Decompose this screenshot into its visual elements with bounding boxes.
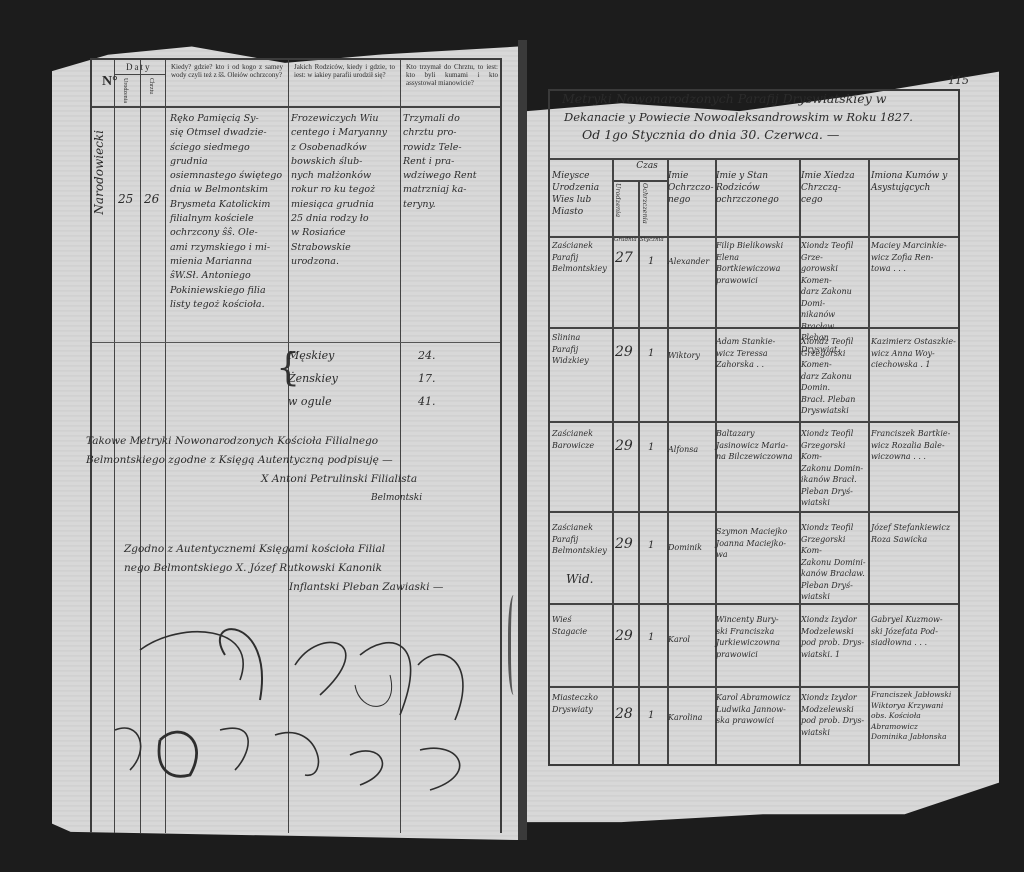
row-4-marginal-note: Wid. [566,572,593,586]
row-5-parents: Wincenty Bury- ski Franciszka Jurkiewicz… [716,614,796,660]
row-3-name: Alfonsa [668,444,714,456]
row-1-place: Zaścianek Parafij Belmontskiey [552,240,610,275]
row-3-parents: Baltazary Jasinowicz Maria- na Bilczewic… [716,428,796,463]
month-baptized-label: Stycznia [640,237,664,243]
certification-filialist: Takowe Metryki Nowonarodzonych Kościoła … [86,432,506,508]
column-header-born: Urodzenia [122,78,128,103]
row-3-godparents: Franciszek Bartkie- wicz Rozalia Bale- w… [871,428,957,463]
row-5-baptized: 1 [648,632,654,643]
row-4-godparents: Józef Stefankiewicz Roza Sawicka [871,522,957,545]
row-5-name: Karol [668,634,714,646]
header-parents: Imie y Stan Rodziców ochrzczonego [716,170,796,206]
row-1-born: 27 [615,250,633,266]
header-priest: Imie Xiedza Chrzczą- cego [801,170,865,206]
cert2-line3: Inflantski Pleban Zawiaski — [124,578,504,597]
row-4-place: Zaścianek Parafij Belmontskiey [552,522,610,557]
row-4-priest: Xiondz Teofil Grzegorski Kom- Zakonu Dom… [801,522,867,603]
column-header-baptized: Chrztu [148,78,154,94]
row-2-born: 29 [615,344,633,360]
row-1-parents: Filip Bielikowski Elena Bortkiewiczowa p… [716,240,796,286]
tally-male-label: Męskiey [288,344,398,367]
entry-when-where: Ręko Pamięcią Sy- się Otmsel dwadzie- śc… [170,112,288,312]
row-4-born: 29 [615,536,633,552]
row-4-baptized: 1 [648,540,654,551]
tally-female-count: 17. [418,367,436,390]
column-header-godparents: Kto trzymał do Chrztu, to iest: kto byli… [403,60,501,108]
row-6-godparents: Franciszek Jabłowski Wiktorya Krzywani o… [871,690,959,743]
row-5-born: 29 [615,628,633,644]
certification-canon: Zgodno z Autentycznemi Księgami kościoła… [124,540,504,597]
row-5-godparents: Gabryel Kuzmow- ski Józefata Pod- siadło… [871,614,957,649]
row-6-born: 28 [615,706,633,722]
row-6-baptized: 1 [648,710,654,721]
entry-born-day: 25 [118,192,133,206]
tally-total-count: 41. [418,390,436,413]
row-6-priest: Xiondz Izydor Modzelewski pod prob. Drys… [801,692,867,738]
row-2-baptized: 1 [648,348,654,359]
register-title: Metryki Nowonarodzonych Parafij Dryswiat… [560,90,960,144]
header-time: Czas [622,160,672,172]
entry-baptized-day: 26 [144,192,159,206]
row-2-parents: Adam Stankie- wicz Teressa Zahorska . . [716,336,796,371]
tally-female-label: Żenskiey [288,367,398,390]
row-5-place: Wieś Stagacie [552,614,610,637]
row-3-born: 29 [615,438,633,454]
entry-side-name: Narodowiecki [92,130,106,215]
ink-flourish-scribbles [60,620,530,830]
column-header-dates: Daty [126,62,152,72]
row-1-baptized: 1 [648,256,654,267]
row-2-priest: Xiondz Teofil Grzegorski Komen- darz Zak… [801,336,867,417]
title-line-1: Metryki Nowonarodzonych Parafij Dryswiat… [560,90,960,108]
cert2-line2: nego Belmontskiego X. Józef Rutkowski Ka… [124,559,504,578]
row-3-baptized: 1 [648,442,654,453]
row-1-godparents: Maciey Marcinkie- wicz Zofia Ren- towa .… [871,240,957,275]
row-3-priest: Xiondz Teofil Grzegorski Kom- Zakonu Dom… [801,428,867,509]
row-6-parents: Karol Abramowicz Ludwika Jannow- ska pra… [716,692,796,727]
column-header-when-where: Kiedy? gdzie? kto i od kogo z samey wody… [168,60,286,108]
row-2-name: Wiktory [668,350,714,362]
header-name: Imie Ochrzczo- nego [668,170,712,206]
row-2-place: Slinina Parafij Widzkiey [552,332,610,367]
row-6-place: Miasteczko Dryswiaty [552,692,610,715]
header-time-baptized: Ochrzczenia [641,183,649,224]
folio-number: 115 [948,74,969,87]
row-4-name: Dominik [668,542,714,554]
header-place: Mieysce Urodzenia Wies lub Miasto [552,170,610,218]
page-tear-mark [508,595,522,695]
row-3-place: Zaścianek Barowicze [552,428,610,451]
birth-tally: Męskiey24. Żenskiey17. w ogule41. [258,344,436,413]
header-time-born: Urodzenia [614,183,622,217]
column-header-parents: Jakich Rodziców, kiedy i gdzie, to iest:… [291,60,398,108]
title-line-2: Dekanacie y Powiecie Nowoaleksandrowskim… [560,108,960,126]
row-6-name: Karolina [668,712,714,724]
entry-godparents: Trzymali do chrztu pro- rowidz Tele- Ren… [403,112,501,212]
row-4-parents: Szymon Maciejko Joanna Maciejko- wa [716,526,796,561]
cert1-line4: Belmontski [86,489,506,508]
column-header-number: N° [102,74,118,90]
title-line-3: Od 1go Stycznia do dnia 30. Czerwca. — [560,126,960,144]
entry-parents: Frozewiczych Wiu centego i Maryanny z Os… [291,112,399,269]
cert1-line2: Belmontskiego zgodne z Księgą Autentyczn… [86,451,506,470]
tally-male-count: 24. [418,344,436,367]
cert1-line3: X Antoni Petrulinski Filialista [86,470,506,489]
row-5-priest: Xiondz Izydor Modzelewski pod prob. Drys… [801,614,867,660]
header-godparents: Imiona Kumów y Asystujących [871,170,957,194]
cert2-line1: Zgodno z Autentycznemi Księgami kościoła… [124,540,504,559]
row-2-godparents: Kazimierz Ostaszkie- wicz Anna Woy- ciec… [871,336,957,371]
row-1-name: Alexander [668,256,714,268]
tally-total-label: w ogule [288,390,398,413]
cert1-line1: Takowe Metryki Nowonarodzonych Kościoła … [86,432,506,451]
month-born-label: Grudnia [614,237,637,243]
